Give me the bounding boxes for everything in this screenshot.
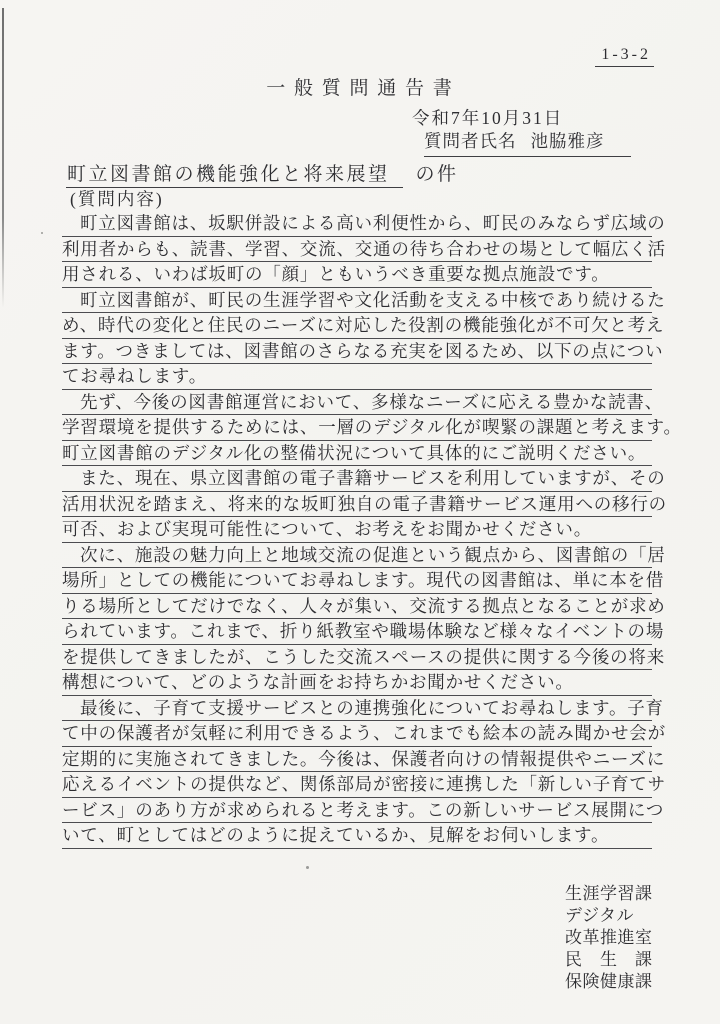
body-line: 可否、および実現可能性について、お考えをお聞かせください。: [62, 517, 652, 543]
body-line: 構想について、どのような計画をお持ちかお聞かせください。: [62, 670, 652, 696]
department-item: 改革推進室: [565, 928, 653, 950]
questioner-label: 質問者氏名: [424, 131, 517, 151]
body-line: 定期的に実施されてきました。今後は、保護者向けの情報提供やニーズに: [62, 747, 652, 773]
body-line: 最後に、子育て支援サービスとの連携強化についてお尋ねします。子育: [62, 696, 652, 722]
department-item: 民 生 課: [565, 950, 653, 972]
body-line: ービス」のあり方が求められると考えます。この新しいサービス展開につ: [62, 798, 652, 824]
body-line: 町立図書館が、町民の生涯学習や文化活動を支える中核であり続けるた: [62, 288, 652, 314]
department-list: 生涯学習課デジタル改革推進室民 生 課保険健康課: [565, 884, 653, 994]
body-line: 場所」としての機能についてお尋ねします。現代の図書館は、単に本を借: [62, 568, 652, 594]
department-item: デジタル: [565, 906, 653, 928]
document-number: 1-3-2: [595, 46, 654, 67]
body-line: ます。つきましては、図書館のさらなる充実を図るため、以下の点につい: [62, 339, 652, 365]
body-line: て中の保護者が気軽に利用できるよう、これまでも絵本の読み聞かせ会が: [62, 721, 652, 747]
scan-artifact-edge-line: [2, 8, 4, 308]
scanned-document-page: 1-3-2 一 般 質 問 通 告 書 令和7年10月31日 質問者氏名池脇雅彦…: [0, 0, 720, 1024]
department-item: 保険健康課: [565, 972, 653, 994]
body-line: また、現在、県立図書館の電子書籍サービスを利用していますが、その: [62, 466, 652, 492]
subject-row: 町立図書館の機能強化と将来展望の件: [66, 159, 459, 186]
body-line: 町立図書館は、坂駅併設による高い利便性から、町民のみならず広域の: [62, 211, 652, 237]
question-content-heading: (質問内容): [70, 186, 164, 211]
body-line: 利用者からも、読書、学習、交流、交通の待ち合わせの場として幅広く活: [62, 237, 652, 263]
body-line: 応えるイベントの提供など、関係部局が密接に連携した「新しい子育てサ: [62, 772, 652, 798]
subject-title: 町立図書館の機能強化と将来展望: [66, 164, 403, 188]
body-line: てお尋ねします。: [62, 364, 652, 390]
scan-artifact-speck: [41, 232, 43, 234]
body-line: を提供してきましたが、こうした交流スペースの提供に関する今後の将来: [62, 645, 652, 671]
body-line: りる場所としてだけでなく、人々が集い、交流する拠点となることが求め: [62, 594, 652, 620]
body-line: 町立図書館のデジタル化の整備状況について具体的にご説明ください。: [62, 441, 652, 467]
body-line: 次に、施設の魅力向上と地域交流の促進という観点から、図書館の「居: [62, 543, 652, 569]
body-line: 学習環境を提供するためには、一層のデジタル化が喫緊の課題と考えます。: [62, 415, 652, 441]
question-body: 町立図書館は、坂駅併設による高い利便性から、町民のみならず広域の利用者からも、読…: [62, 211, 652, 849]
body-line: 用される、いわば坂町の「顔」ともいうべき重要な拠点施設です。: [62, 262, 652, 288]
body-line: いて、町としてはどのように捉えているか、見解をお伺いします。: [62, 823, 652, 849]
document-title: 一 般 質 問 通 告 書: [0, 73, 720, 100]
body-line: られています。これまで、折り紙教室や職場体験など様々なイベントの場: [62, 619, 652, 645]
questioner-name: 池脇雅彦: [531, 131, 605, 151]
subject-suffix: の件: [416, 164, 459, 185]
document-date: 令和7年10月31日: [412, 105, 563, 130]
body-line: 先ず、今後の図書館運営において、多様なニーズに応える豊かな読書、: [62, 390, 652, 416]
body-line: 活用状況を踏まえ、将来的な坂町独自の電子書籍サービス運用への移行の: [62, 492, 652, 518]
body-line: め、時代の変化と住民のニーズに対応した役割の機能強化が不可欠と考え: [62, 313, 652, 339]
scan-artifact-speck: [306, 866, 309, 869]
questioner-row: 質問者氏名池脇雅彦: [424, 128, 631, 157]
department-item: 生涯学習課: [565, 884, 653, 906]
